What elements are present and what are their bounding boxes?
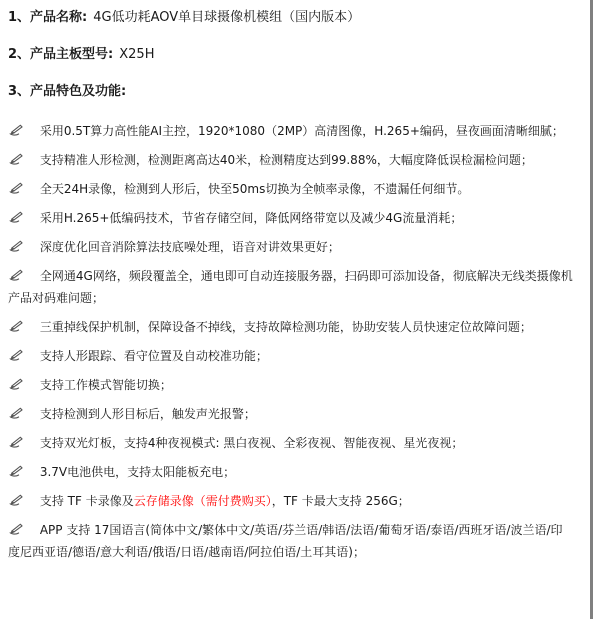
feature-text: APP 支持 17国语言(简体中文/繁体中文/英语/芬兰语/韩语/法语/葡萄牙语… xyxy=(8,523,563,559)
writing-hand-icon xyxy=(8,522,25,535)
feature-text: 支持双光灯板，支持4种夜视模式: 黑白夜视、全彩夜视、智能夜视、星光夜视； xyxy=(40,436,464,450)
writing-hand-icon xyxy=(8,406,25,419)
feature-text: 三重掉线保护机制，保障设备不掉线，支持故障检测功能，协助安装人员快速定位故障问题… xyxy=(40,320,532,334)
writing-hand-icon xyxy=(8,152,25,165)
writing-hand-icon xyxy=(8,123,25,136)
heading-number: 2、 xyxy=(8,47,30,62)
feature-text: 采用0.5T算力高性能AI主控，1920*1080（2MP）高清图像，H.265… xyxy=(40,124,564,138)
feature-item: 支持 TF 卡录像及云存储录像（需付费购买），TF 卡最大支持 256G； xyxy=(8,490,574,512)
feature-item: 支持检测到人形目标后，触发声光报警； xyxy=(8,403,574,425)
feature-item: 支持精准人形检测，检测距离高达40米，检测精度达到99.88%，大幅度降低误检漏… xyxy=(8,149,574,171)
feature-text: 3.7V电池供电，支持太阳能板充电； xyxy=(40,465,235,479)
feature-text: 支持 TF 卡录像及 xyxy=(40,494,134,508)
feature-item: APP 支持 17国语言(简体中文/繁体中文/英语/芬兰语/韩语/法语/葡萄牙语… xyxy=(8,519,574,563)
writing-hand-icon xyxy=(8,268,25,281)
heading-value: X25H xyxy=(119,47,154,62)
feature-item: 支持工作模式智能切换； xyxy=(8,374,574,396)
document-page: 1、产品名称:4G低功耗AOV单目球摄像机模组（国内版本） 2、产品主板型号:X… xyxy=(0,0,596,619)
feature-item: 支持人形跟踪、看守位置及自动校准功能； xyxy=(8,345,574,367)
page-right-border xyxy=(590,0,593,619)
feature-item: 支持双光灯板，支持4种夜视模式: 黑白夜视、全彩夜视、智能夜视、星光夜视； xyxy=(8,432,574,454)
section-heading-board-model: 2、产品主板型号:X25H xyxy=(8,46,580,64)
feature-item: 全网通4G网络，频段覆盖全，通电即可自动连接服务器，扫码即可添加设备，彻底解决无… xyxy=(8,265,574,309)
feature-text: 采用H.265+低编码技术，节省存储空间，降低网络带宽以及减少4G流量消耗； xyxy=(40,211,463,225)
feature-text: 支持工作模式智能切换； xyxy=(40,378,172,392)
heading-number: 3、 xyxy=(8,84,30,99)
feature-text: 深度优化回音消除算法技底噪处理，语音对讲效果更好； xyxy=(40,240,340,254)
feature-item: 深度优化回音消除算法技底噪处理，语音对讲效果更好； xyxy=(8,236,574,258)
feature-item: 三重掉线保护机制，保障设备不掉线，支持故障检测功能，协助安装人员快速定位故障问题… xyxy=(8,316,574,338)
feature-item: 3.7V电池供电，支持太阳能板充电； xyxy=(8,461,574,483)
heading-label: 产品主板型号: xyxy=(30,47,113,62)
writing-hand-icon xyxy=(8,493,25,506)
feature-item: 采用0.5T算力高性能AI主控，1920*1080（2MP）高清图像，H.265… xyxy=(8,120,574,142)
feature-text-highlight: 云存储录像（需付费购买） xyxy=(134,494,272,508)
feature-text: 支持检测到人形目标后，触发声光报警； xyxy=(40,407,256,421)
feature-text: 全天24H录像，检测到人形后，快至50ms切换为全帧率录像，不遗漏任何细节。 xyxy=(40,182,470,196)
feature-item: 采用H.265+低编码技术，节省存储空间，降低网络带宽以及减少4G流量消耗； xyxy=(8,207,574,229)
section-heading-product-name: 1、产品名称:4G低功耗AOV单目球摄像机模组（国内版本） xyxy=(8,9,580,27)
writing-hand-icon xyxy=(8,464,25,477)
feature-item: 全天24H录像，检测到人形后，快至50ms切换为全帧率录像，不遗漏任何细节。 xyxy=(8,178,574,200)
heading-value: 4G低功耗AOV单目球摄像机模组（国内版本） xyxy=(93,10,360,25)
heading-number: 1、 xyxy=(8,10,30,25)
feature-text: 支持精准人形检测，检测距离高达40米，检测精度达到99.88%，大幅度降低误检漏… xyxy=(40,153,533,167)
writing-hand-icon xyxy=(8,435,25,448)
section-heading-features: 3、产品特色及功能: xyxy=(8,83,580,101)
feature-text: 全网通4G网络，频段覆盖全，通电即可自动连接服务器，扫码即可添加设备，彻底解决无… xyxy=(8,269,573,305)
feature-text: ，TF 卡最大支持 256G； xyxy=(272,494,410,508)
feature-list: 采用0.5T算力高性能AI主控，1920*1080（2MP）高清图像，H.265… xyxy=(8,120,580,563)
writing-hand-icon xyxy=(8,348,25,361)
heading-label: 产品特色及功能: xyxy=(30,84,126,99)
writing-hand-icon xyxy=(8,210,25,223)
writing-hand-icon xyxy=(8,319,25,332)
feature-text: 支持人形跟踪、看守位置及自动校准功能； xyxy=(40,349,268,363)
writing-hand-icon xyxy=(8,181,25,194)
writing-hand-icon xyxy=(8,377,25,390)
writing-hand-icon xyxy=(8,239,25,252)
heading-label: 产品名称: xyxy=(30,10,87,25)
